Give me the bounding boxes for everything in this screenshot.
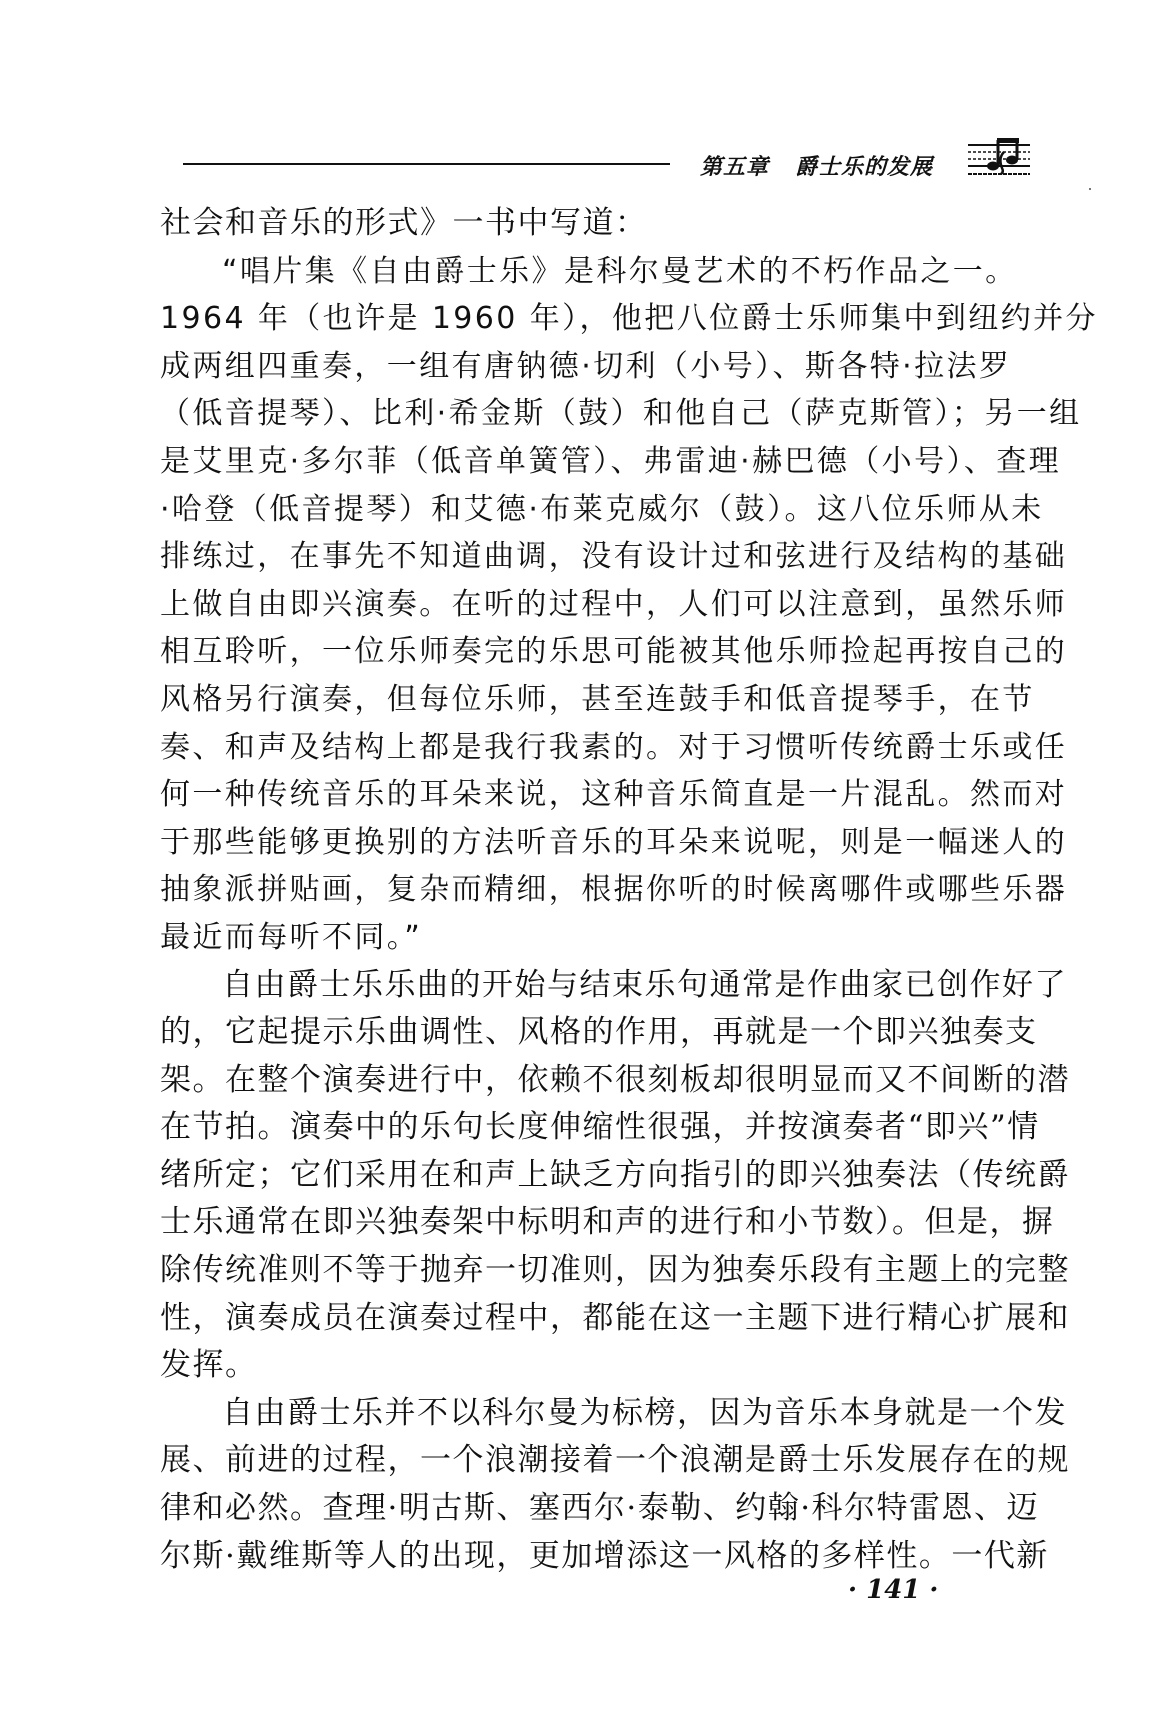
quote-line: （低音提琴）、比利·希金斯（鼓）和他自己（萨克斯管）；另一组 xyxy=(160,390,1030,438)
quote-line: 于那些能够更换别的方法听音乐的耳朵来说呢，则是一幅迷人的 xyxy=(160,819,1030,867)
quote-line: 1964 年（也许是 1960 年），他把八位爵士乐师集中到纽约并分 xyxy=(160,295,1030,343)
block-quote: “唱片集《自由爵士乐》是科尔曼艺术的不朽作品之一。 1964 年（也许是 196… xyxy=(160,248,1030,962)
chapter-label: 第五章 xyxy=(700,154,769,180)
paragraph-line: 除传统准则不等于抛弃一切准则，因为独奏乐段有主题上的完整 xyxy=(160,1247,1030,1295)
quote-line: 排练过，在事先不知道曲调，没有设计过和弦进行及结构的基础 xyxy=(160,533,1030,581)
paragraph-2: 自由爵士乐乐曲的开始与结束乐句通常是作曲家已创作好了 的，它起提示乐曲调性、风格… xyxy=(160,962,1030,1390)
page-number: · 141 · xyxy=(848,1575,938,1605)
paragraph-line: 在节拍。演奏中的乐句长度伸缩性很强，并按演奏者“即兴”情 xyxy=(160,1104,1030,1152)
paragraph-line: 架。在整个演奏进行中，依赖不很刻板却很明显而又不间断的潜 xyxy=(160,1057,1030,1105)
quote-line: 成两组四重奏，一组有唐钠德·切利（小号）、斯各特·拉法罗 xyxy=(160,343,1030,391)
quote-line: 最近而每听不同。” xyxy=(160,914,1030,962)
quote-line: 上做自由即兴演奏。在听的过程中，人们可以注意到，虽然乐师 xyxy=(160,581,1030,629)
paragraph-line: 律和必然。查理·明古斯、塞西尔·泰勒、约翰·科尔特雷恩、迈 xyxy=(160,1485,1030,1533)
paragraph-line: 自由爵士乐乐曲的开始与结束乐句通常是作曲家已创作好了 xyxy=(160,962,1030,1010)
scan-speck xyxy=(1089,188,1091,190)
paragraph-line: 绪所定；它们采用在和声上缺乏方向指引的即兴独奏法（传统爵 xyxy=(160,1152,1030,1200)
quote-line: ·哈登（低音提琴）和艾德·布莱克威尔（鼓）。这八位乐师从未 xyxy=(160,486,1030,534)
running-head: 第五章爵士乐的发展 xyxy=(700,150,933,181)
running-header: 第五章爵士乐的发展 xyxy=(0,120,1174,190)
paragraph-line: 尔斯·戴维斯等人的出现，更加增添这一风格的多样性。一代新 xyxy=(160,1533,1030,1581)
paragraph-line: 的，它起提示乐曲调性、风格的作用，再就是一个即兴独奏支 xyxy=(160,1009,1030,1057)
paragraph-line: 性，演奏成员在演奏过程中，都能在这一主题下进行精心扩展和 xyxy=(160,1295,1030,1343)
paragraph-line: 发挥。 xyxy=(160,1342,1030,1390)
paragraph-line: 自由爵士乐并不以科尔曼为标榜，因为音乐本身就是一个发 xyxy=(160,1390,1030,1438)
paragraph-line: 展、前进的过程，一个浪潮接着一个浪潮是爵士乐发展存在的规 xyxy=(160,1437,1030,1485)
header-rule xyxy=(183,163,670,165)
chapter-title: 爵士乐的发展 xyxy=(795,154,933,180)
page-body: 社会和音乐的形式》一书中写道： “唱片集《自由爵士乐》是科尔曼艺术的不朽作品之一… xyxy=(160,200,1030,1580)
quote-line: 奏、和声及结构上都是我行我素的。对于习惯听传统爵士乐或任 xyxy=(160,724,1030,772)
quote-line: 抽象派拼贴画，复杂而精细，根据你听的时候离哪件或哪些乐器 xyxy=(160,866,1030,914)
paragraph-3: 自由爵士乐并不以科尔曼为标榜，因为音乐本身就是一个发 展、前进的过程，一个浪潮接… xyxy=(160,1390,1030,1580)
quote-line: “唱片集《自由爵士乐》是科尔曼艺术的不朽作品之一。 xyxy=(160,248,1030,296)
quote-line: 何一种传统音乐的耳朵来说，这种音乐简直是一片混乱。然而对 xyxy=(160,771,1030,819)
quote-line: 风格另行演奏，但每位乐师，甚至连鼓手和低音提琴手，在节 xyxy=(160,676,1030,724)
quote-line: 是艾里克·多尔菲（低音单簧管）、弗雷迪·赫巴德（小号）、查理 xyxy=(160,438,1030,486)
quote-line: 相互聆听，一位乐师奏完的乐思可能被其他乐师捡起再按自己的 xyxy=(160,628,1030,676)
intro-line: 社会和音乐的形式》一书中写道： xyxy=(160,200,1030,248)
music-notes-staff-icon xyxy=(968,138,1030,180)
paragraph-line: 士乐通常在即兴独奏架中标明和声的进行和小节数）。但是，摒 xyxy=(160,1199,1030,1247)
